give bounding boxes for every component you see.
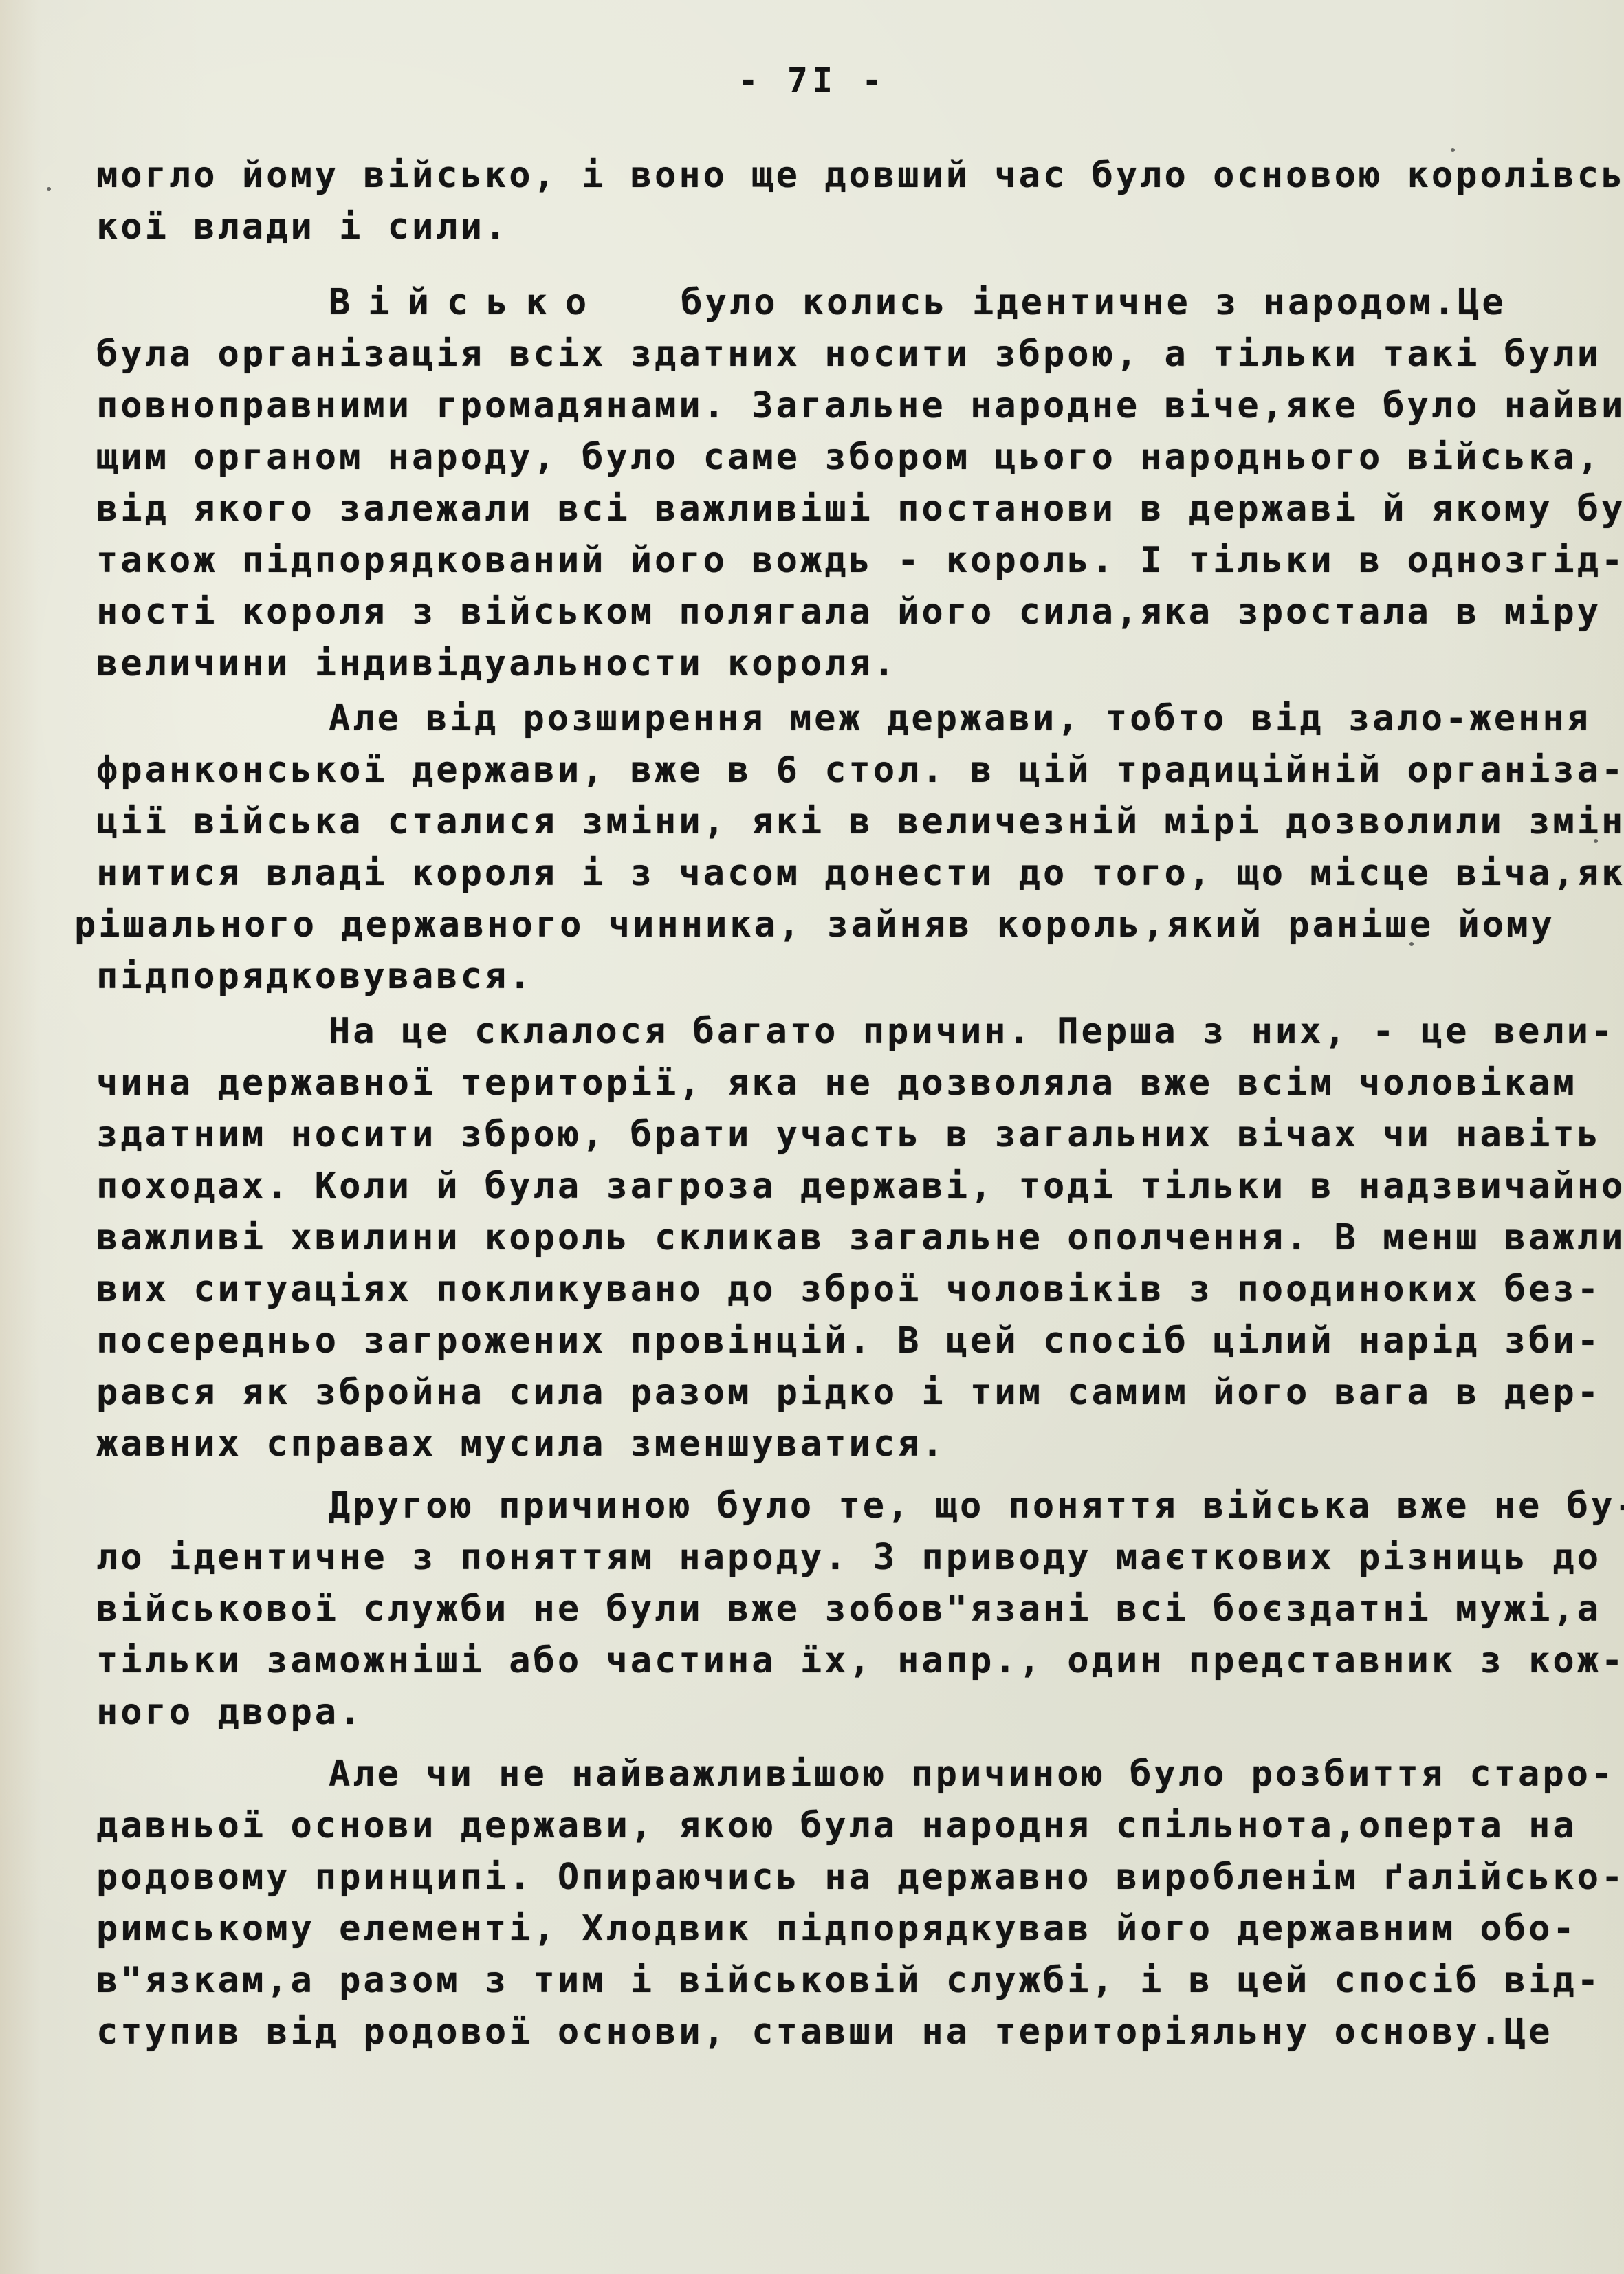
text-line: ступив від родової основи, ставши на тер… [96, 2011, 1552, 2053]
text-line: важливі хвилини король скликав загальне … [96, 1217, 1624, 1258]
paper-speck [47, 187, 51, 191]
text-line: жавних справах мусила зменшуватися. [96, 1423, 946, 1465]
text-line: також підпорядкований його вождь - корол… [96, 540, 1624, 581]
text-line: тільки заможніші або частина їх, напр., … [96, 1640, 1624, 1681]
text-line: франконської держави, вже в 6 стол. в ці… [96, 750, 1624, 791]
paper-speck [1594, 839, 1598, 843]
text-line: походах. Коли й була загроза державі, то… [96, 1166, 1624, 1207]
page-number: - 7I - [0, 61, 1624, 100]
text-line: кої влади і сили. [96, 206, 509, 248]
text-line: Але чи не найважливішою причиною було ро… [329, 1753, 1615, 1795]
text-line: нитися владі короля і з часом донести до… [96, 853, 1624, 894]
paper-speck [1451, 148, 1455, 152]
text-line: величини індивідуальности короля. [96, 643, 897, 684]
text-line: ції війська сталися зміни, які в величез… [96, 801, 1624, 842]
text-line: Але від розширення меж держави, тобто ві… [329, 698, 1591, 739]
text-line: посередньо загрожених провінцій. В цей с… [96, 1320, 1601, 1362]
text-line: могло йому військо, і воно ще довший час… [96, 155, 1624, 196]
text-line: вих ситуаціях покликувано до зброї чолов… [96, 1269, 1601, 1310]
text-line: здатним носити зброю, брати участь в заг… [96, 1114, 1624, 1155]
text-line: щим органом народу, було саме збором цьо… [96, 437, 1601, 478]
text-line: була організація всіх здатних носити збр… [96, 334, 1601, 375]
text-line: ного двора. [96, 1692, 363, 1733]
text-line: було колись ідентичне з народом.Це [657, 282, 1506, 323]
typewritten-page: - 7I - могло йому військо, і воно ще дов… [0, 0, 1624, 2274]
text-line: військової служби не були вже зобов"язан… [96, 1588, 1601, 1630]
text-line: повноправними громадянами. Загальне наро… [96, 385, 1624, 426]
text-line: підпорядковувався. [96, 956, 534, 997]
text-line: в"язкам,а разом з тим і військовій служб… [96, 1960, 1601, 2001]
paper-speck [1409, 942, 1414, 946]
text-line: На це склалося багато причин. Перша з ни… [329, 1011, 1615, 1052]
text-line: рішального державного чинника, зайняв ко… [74, 904, 1555, 945]
text-line: давньої основи держави, якою була народн… [96, 1805, 1577, 1846]
text-line: римському елементі, Хлодвик підпорядкува… [96, 1908, 1577, 1949]
text-line: чина державної території, яка не дозволя… [96, 1062, 1577, 1104]
text-line: родовому принципі. Опираючись на державн… [96, 1857, 1624, 1898]
text-line: ності короля з військом полягала його си… [96, 591, 1601, 633]
text-line: ло ідентичне з поняттям народу. З привод… [96, 1537, 1601, 1578]
text-line: рався як збройна сила разом рідко і тим … [96, 1372, 1601, 1413]
text-line: від якого залежали всі важливіші постано… [96, 488, 1624, 529]
emphasized-lead-word: Військо [329, 282, 604, 323]
text-line: Другою причиною було те, що поняття війс… [329, 1485, 1624, 1527]
